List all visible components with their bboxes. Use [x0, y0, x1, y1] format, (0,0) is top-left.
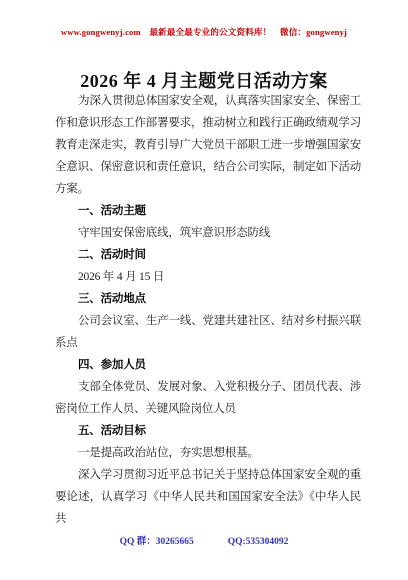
section-heading-theme: 一、活动主题 [55, 200, 361, 222]
doc-paragraph-goal-1: 一是提高政治站位，夯实思想根基。 [55, 442, 361, 464]
header-watermark-note: www.gongwenyj.com 最新最全最专业的公文资料库！ 微信：gong… [0, 26, 408, 38]
document-body: 为深入贯彻总体国家安全观，认真落实国家安全、保密工作和意识形态工作部署要求，推动… [55, 90, 361, 530]
section-heading-time: 二、活动时间 [55, 244, 361, 266]
section-heading-attendees: 四、参加人员 [55, 354, 361, 376]
doc-paragraph-theme: 守牢国安保密底线，筑牢意识形态防线 [55, 222, 361, 244]
doc-paragraph-time: 2026 年 4 月 15 日 [55, 266, 361, 288]
footer-contact-note: QQ 群：30265665QQ:535304092 [0, 533, 408, 547]
doc-paragraph-location: 公司会议室、生产一线、党建共建社区、结对乡村振兴联系点 [55, 310, 361, 354]
doc-paragraph-attendees: 支部全体党员、发展对象、入党积极分子、团员代表、涉密岗位工作人员、关键风险岗位人… [55, 376, 361, 420]
qq-number: QQ:535304092 [228, 537, 289, 547]
document-page: www.gongwenyj.com 最新最全最专业的公文资料库！ 微信：gong… [0, 0, 408, 580]
doc-paragraph-intro: 为深入贯彻总体国家安全观，认真落实国家安全、保密工作和意识形态工作部署要求，推动… [55, 90, 361, 200]
section-heading-location: 三、活动地点 [55, 288, 361, 310]
qq-group-number: QQ 群：30265665 [120, 537, 194, 547]
section-heading-goals: 五、活动目标 [55, 420, 361, 442]
doc-paragraph-goal-detail: 深入学习贯彻习近平总书记关于坚持总体国家安全观的重要论述，认真学习《中华人民共和… [55, 464, 361, 530]
